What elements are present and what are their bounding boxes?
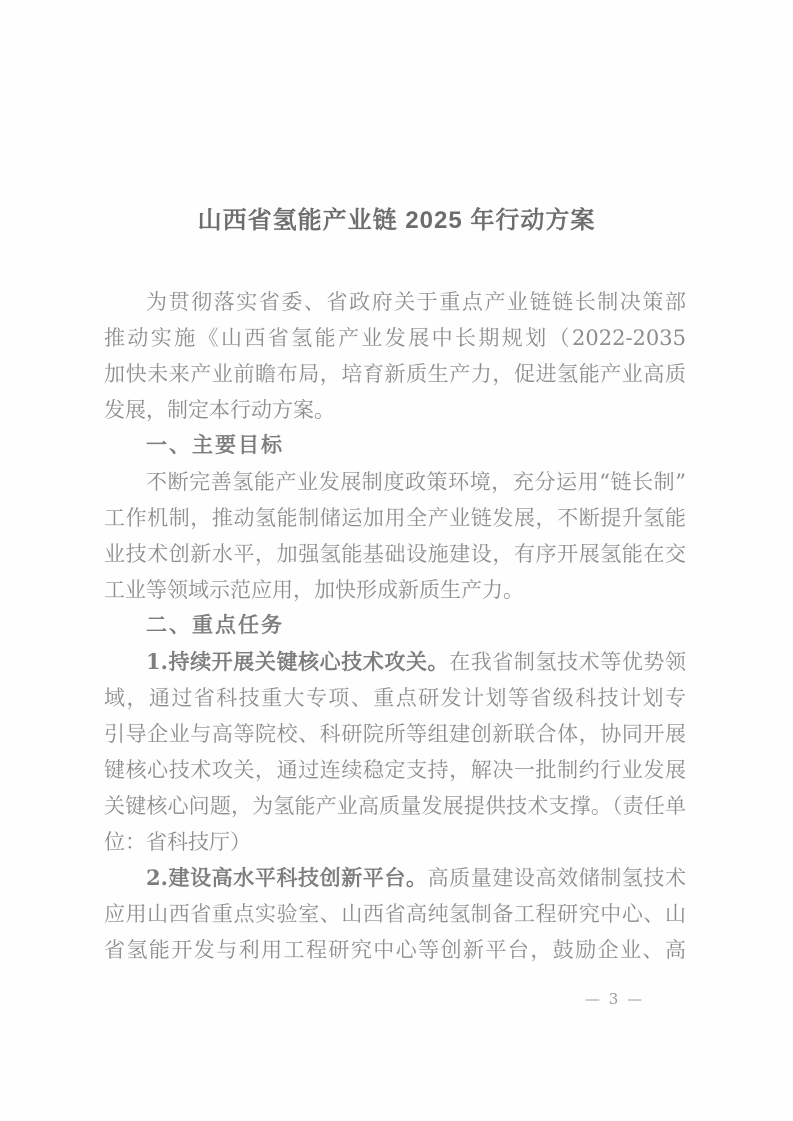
- paragraph-2-line-3: 业技术创新水平，加强氢能基础设施建设，有序开展氢能在交通、: [104, 536, 686, 572]
- document-body: 为贯彻落实省委、省政府关于重点产业链链长制决策部署， 推动实施《山西省氢能产业发…: [104, 284, 686, 968]
- task-2-line-3: 省氢能开发与利用工程研究中心等创新平台，鼓励企业、高校、: [104, 932, 686, 968]
- task-2-title: 2.建设高水平科技创新平台。: [146, 865, 428, 890]
- paragraph-2-line-4: 工业等领域示范应用，加快形成新质生产力。: [104, 572, 686, 608]
- section-heading-1: 一、主要目标: [104, 428, 686, 464]
- document-title: 山西省氢能产业链 2025 年行动方案: [0, 200, 793, 235]
- task-2-line-2: 应用山西省重点实验室、山西省高纯氢制备工程研究中心、山西: [104, 896, 686, 932]
- task-2-line-1: 2.建设高水平科技创新平台。高质量建设高效储制氢技术与: [104, 860, 686, 896]
- task-1-line-6: 位：省科技厅）: [104, 824, 686, 860]
- page-number: — 3 —: [585, 990, 675, 1008]
- paragraph-1-line-3: 加快未来产业前瞻布局，培育新质生产力，促进氢能产业高质量: [104, 356, 686, 392]
- paragraph-2-line-2: 工作机制，推动氢能制储运加用全产业链发展，不断提升氢能产: [104, 500, 686, 536]
- task-1-line-2: 域，通过省科技重大专项、重点研发计划等省级科技计划专项，: [104, 680, 686, 716]
- task-1-line-4: 键核心技术攻关，通过连续稳定支持，解决一批制约行业发展的: [104, 752, 686, 788]
- task-1-text: 在我省制氢技术等优势领: [449, 650, 686, 674]
- paragraph-1-line-2: 推动实施《山西省氢能产业发展中长期规划（2022-2035 年）》，: [104, 320, 686, 356]
- paragraph-1-line-1: 为贯彻落实省委、省政府关于重点产业链链长制决策部署，: [104, 284, 686, 320]
- task-1-title: 1.持续开展关键核心技术攻关。: [146, 649, 449, 674]
- document-page: 山西省氢能产业链 2025 年行动方案 为贯彻落实省委、省政府关于重点产业链链长…: [0, 0, 793, 1121]
- task-1-line-3: 引导企业与高等院校、科研院所等组建创新联合体，协同开展关: [104, 716, 686, 752]
- paragraph-1-line-4: 发展，制定本行动方案。: [104, 392, 686, 428]
- paragraph-2-line-1: 不断完善氢能产业发展制度政策环境，充分运用“链长制”: [104, 464, 686, 500]
- task-1-line-5: 关键核心问题，为氢能产业高质量发展提供技术支撑。（责任单: [104, 788, 686, 824]
- task-1-line-1: 1.持续开展关键核心技术攻关。在我省制氢技术等优势领: [104, 644, 686, 680]
- section-heading-2: 二、重点任务: [104, 608, 686, 644]
